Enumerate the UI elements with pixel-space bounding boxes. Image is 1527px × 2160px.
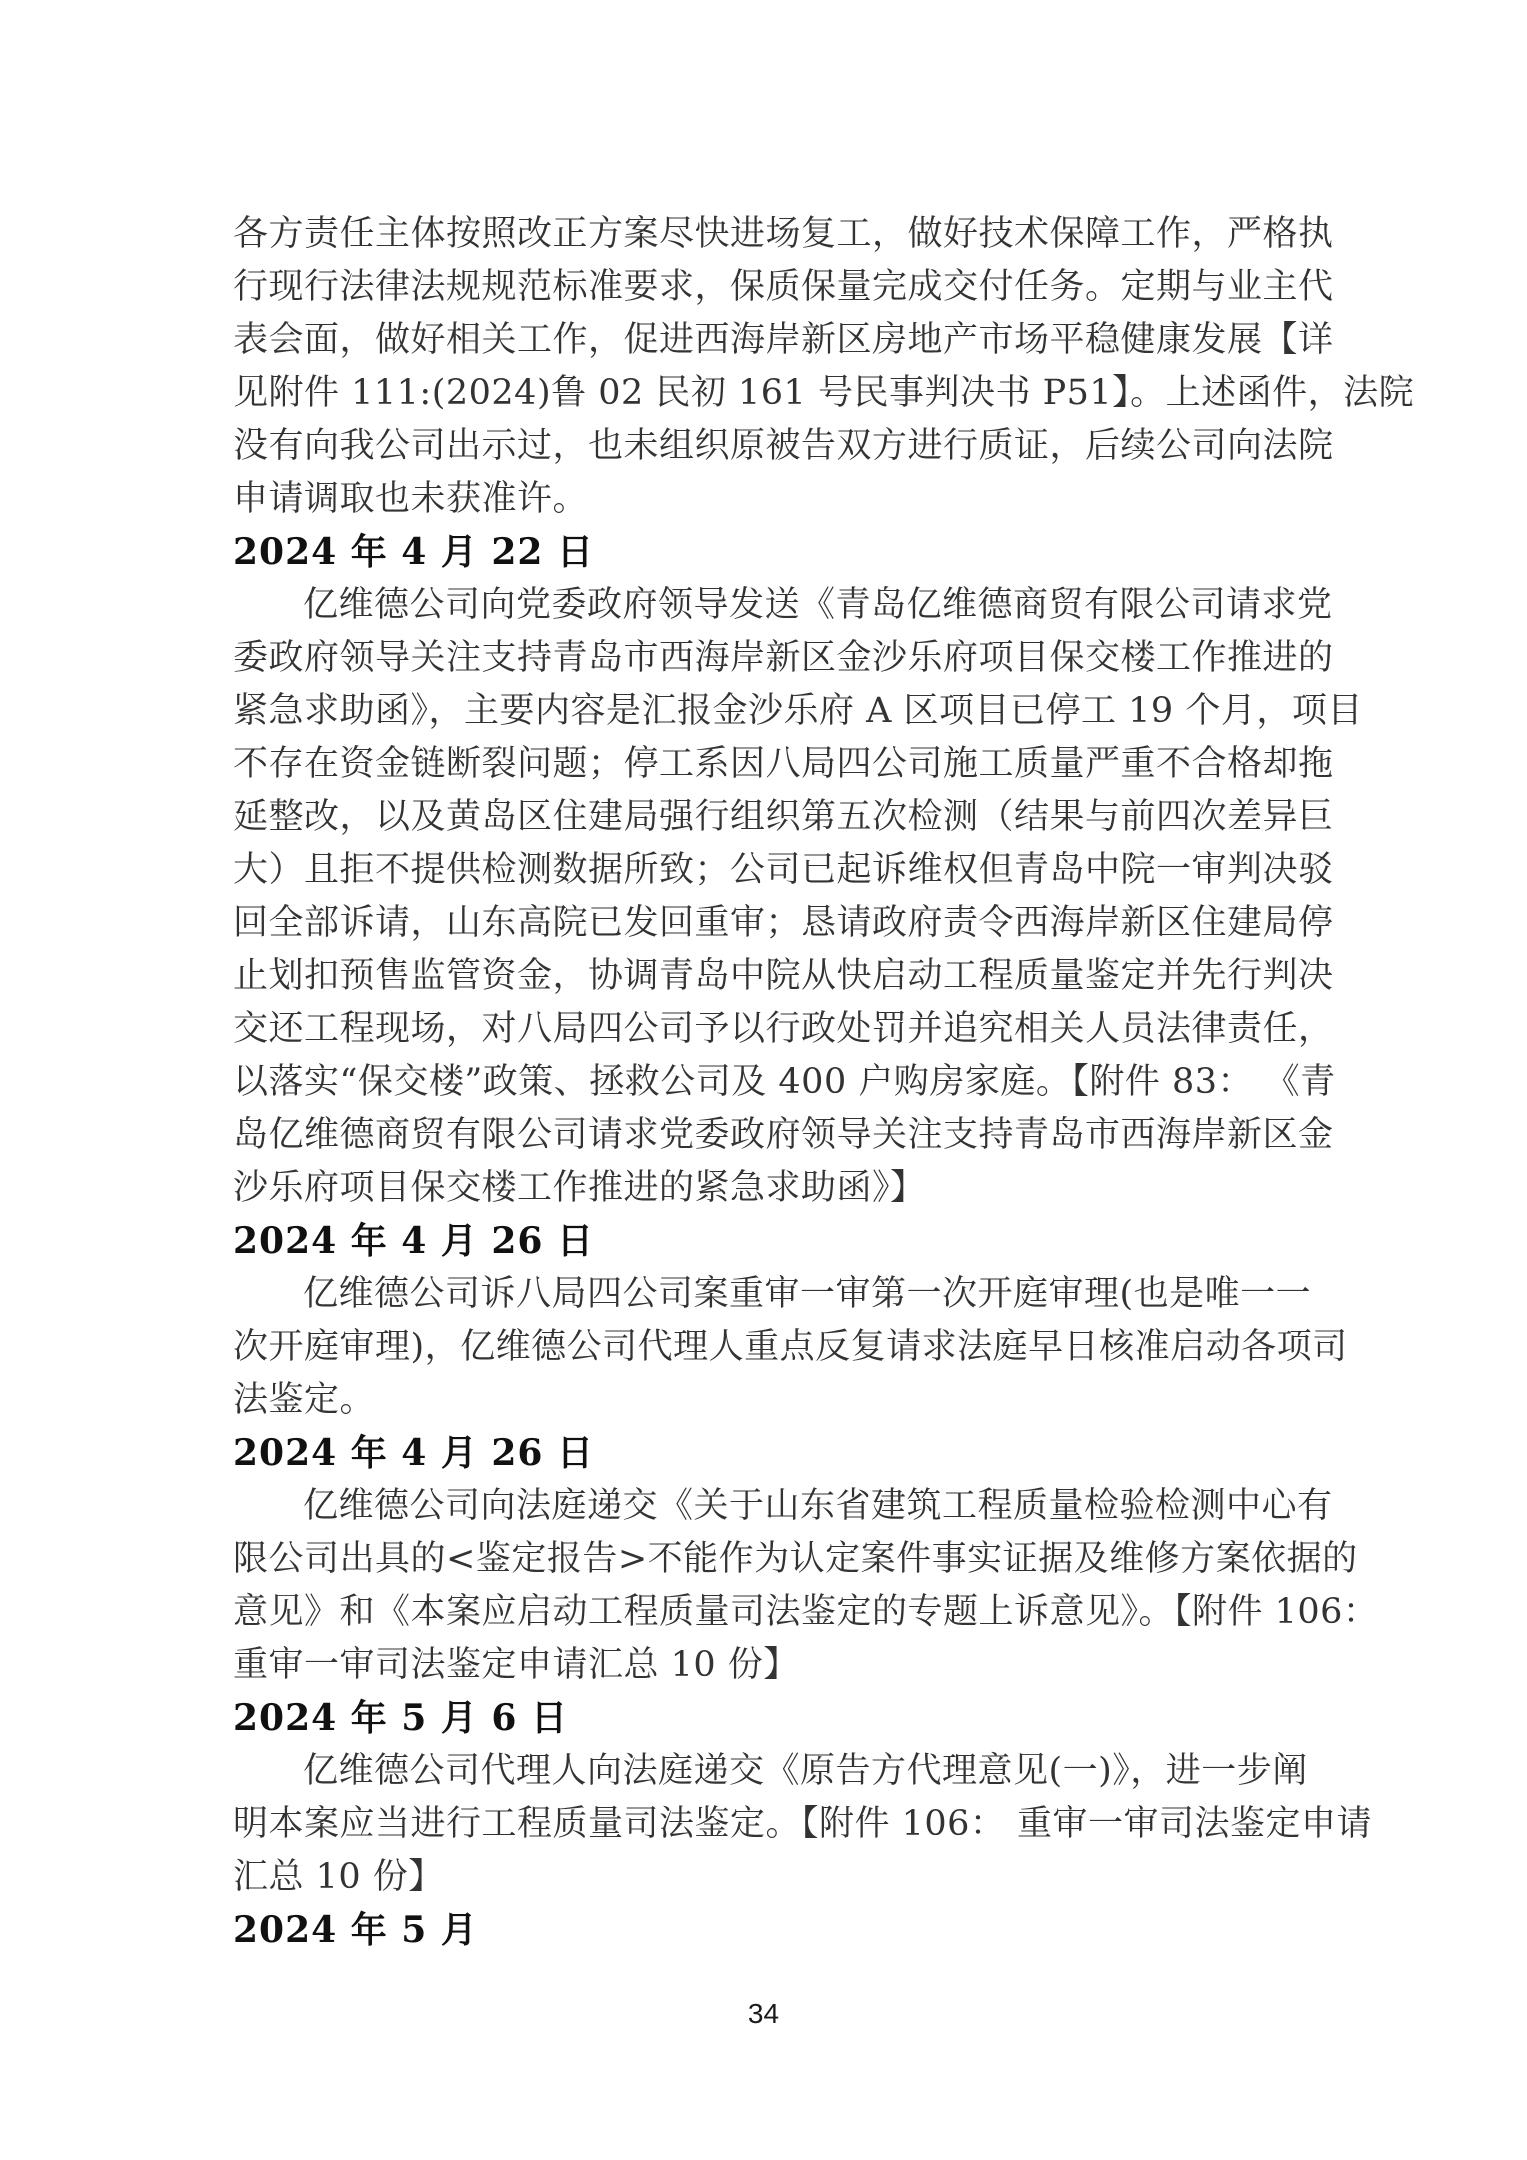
date-heading: 2024 年 5 月 6 日	[233, 1692, 1294, 1745]
text-line: 紧急求助函》，主要内容是汇报金沙乐府 A 区项目已停工 19 个月，项目	[233, 685, 1294, 738]
date-heading: 2024 年 4 月 26 日	[233, 1215, 1294, 1268]
paragraph: 亿维德公司代理人向法庭递交《原告方代理意见(一)》，进一步阐 明本案应当进行工程…	[233, 1745, 1294, 1904]
paragraph: 亿维德公司向党委政府领导发送《青岛亿维德商贸有限公司请求党 委政府领导关注支持青…	[233, 579, 1294, 1215]
text-line: 申请调取也未获准许。	[233, 473, 1294, 526]
text-line: 没有向我公司出示过，也未组织原被告双方进行质证，后续公司向法院	[233, 420, 1294, 473]
text-line: 意见》和《本案应启动工程质量司法鉴定的专题上诉意见》。【附件 106：	[233, 1586, 1294, 1639]
text-line: 大）且拒不提供检测数据所致；公司已起诉维权但青岛中院一审判决驳	[233, 844, 1294, 897]
text-line: 明本案应当进行工程质量司法鉴定。【附件 106： 重审一审司法鉴定申请	[233, 1798, 1294, 1851]
text-line: 限公司出具的<鉴定报告>不能作为认定案件事实证据及维修方案依据的	[233, 1533, 1294, 1586]
text-line: 以落实“保交楼”政策、拯救公司及 400 户购房家庭。【附件 83： 《青	[233, 1056, 1294, 1109]
text-line: 岛亿维德商贸有限公司请求党委政府领导关注支持青岛市西海岸新区金	[233, 1109, 1294, 1162]
page-footer: 34	[0, 1998, 1527, 2030]
text-line: 法鉴定。	[233, 1374, 1294, 1427]
text-line: 次开庭审理)，亿维德公司代理人重点反复请求法庭早日核准启动各项司	[233, 1321, 1294, 1374]
paragraph: 各方责任主体按照改正方案尽快进场复工，做好技术保障工作，严格执 行现行法律法规规…	[233, 208, 1294, 526]
document-body: 各方责任主体按照改正方案尽快进场复工，做好技术保障工作，严格执 行现行法律法规规…	[233, 208, 1294, 1957]
text-line: 交还工程现场，对八局四公司予以行政处罚并追究相关人员法律责任，	[233, 1003, 1294, 1056]
text-line: 止划扣预售监管资金，协调青岛中院从快启动工程质量鉴定并先行判决	[233, 950, 1294, 1003]
text-line: 表会面，做好相关工作，促进西海岸新区房地产市场平稳健康发展【详	[233, 314, 1294, 367]
text-line: 汇总 10 份】	[233, 1851, 1294, 1904]
date-heading: 2024 年 4 月 26 日	[233, 1427, 1294, 1480]
text-line: 各方责任主体按照改正方案尽快进场复工，做好技术保障工作，严格执	[233, 208, 1294, 261]
paragraph: 亿维德公司向法庭递交《关于山东省建筑工程质量检验检测中心有 限公司出具的<鉴定报…	[233, 1480, 1294, 1692]
text-line: 不存在资金链断裂问题；停工系因八局四公司施工质量严重不合格却拖	[233, 738, 1294, 791]
text-line: 亿维德公司向法庭递交《关于山东省建筑工程质量检验检测中心有	[233, 1480, 1294, 1533]
paragraph: 亿维德公司诉八局四公司案重审一审第一次开庭审理(也是唯一一 次开庭审理)，亿维德…	[233, 1268, 1294, 1427]
text-line: 亿维德公司诉八局四公司案重审一审第一次开庭审理(也是唯一一	[233, 1268, 1294, 1321]
text-line: 行现行法律法规规范标准要求，保质保量完成交付任务。定期与业主代	[233, 261, 1294, 314]
text-line: 见附件 111:(2024)鲁 02 民初 161 号民事判决书 P51】。上述…	[233, 367, 1294, 420]
date-heading: 2024 年 5 月	[233, 1904, 1294, 1957]
text-line: 重审一审司法鉴定申请汇总 10 份】	[233, 1639, 1294, 1692]
page-number: 34	[748, 1998, 779, 2029]
text-line: 亿维德公司向党委政府领导发送《青岛亿维德商贸有限公司请求党	[233, 579, 1294, 632]
text-line: 亿维德公司代理人向法庭递交《原告方代理意见(一)》，进一步阐	[233, 1745, 1294, 1798]
text-line: 回全部诉请，山东高院已发回重审；恳请政府责令西海岸新区住建局停	[233, 897, 1294, 950]
text-line: 委政府领导关注支持青岛市西海岸新区金沙乐府项目保交楼工作推进的	[233, 632, 1294, 685]
text-line: 沙乐府项目保交楼工作推进的紧急求助函》】	[233, 1162, 1294, 1215]
text-line: 延整改，以及黄岛区住建局强行组织第五次检测（结果与前四次差异巨	[233, 791, 1294, 844]
date-heading: 2024 年 4 月 22 日	[233, 526, 1294, 579]
document-page: 各方责任主体按照改正方案尽快进场复工，做好技术保障工作，严格执 行现行法律法规规…	[0, 0, 1527, 2160]
